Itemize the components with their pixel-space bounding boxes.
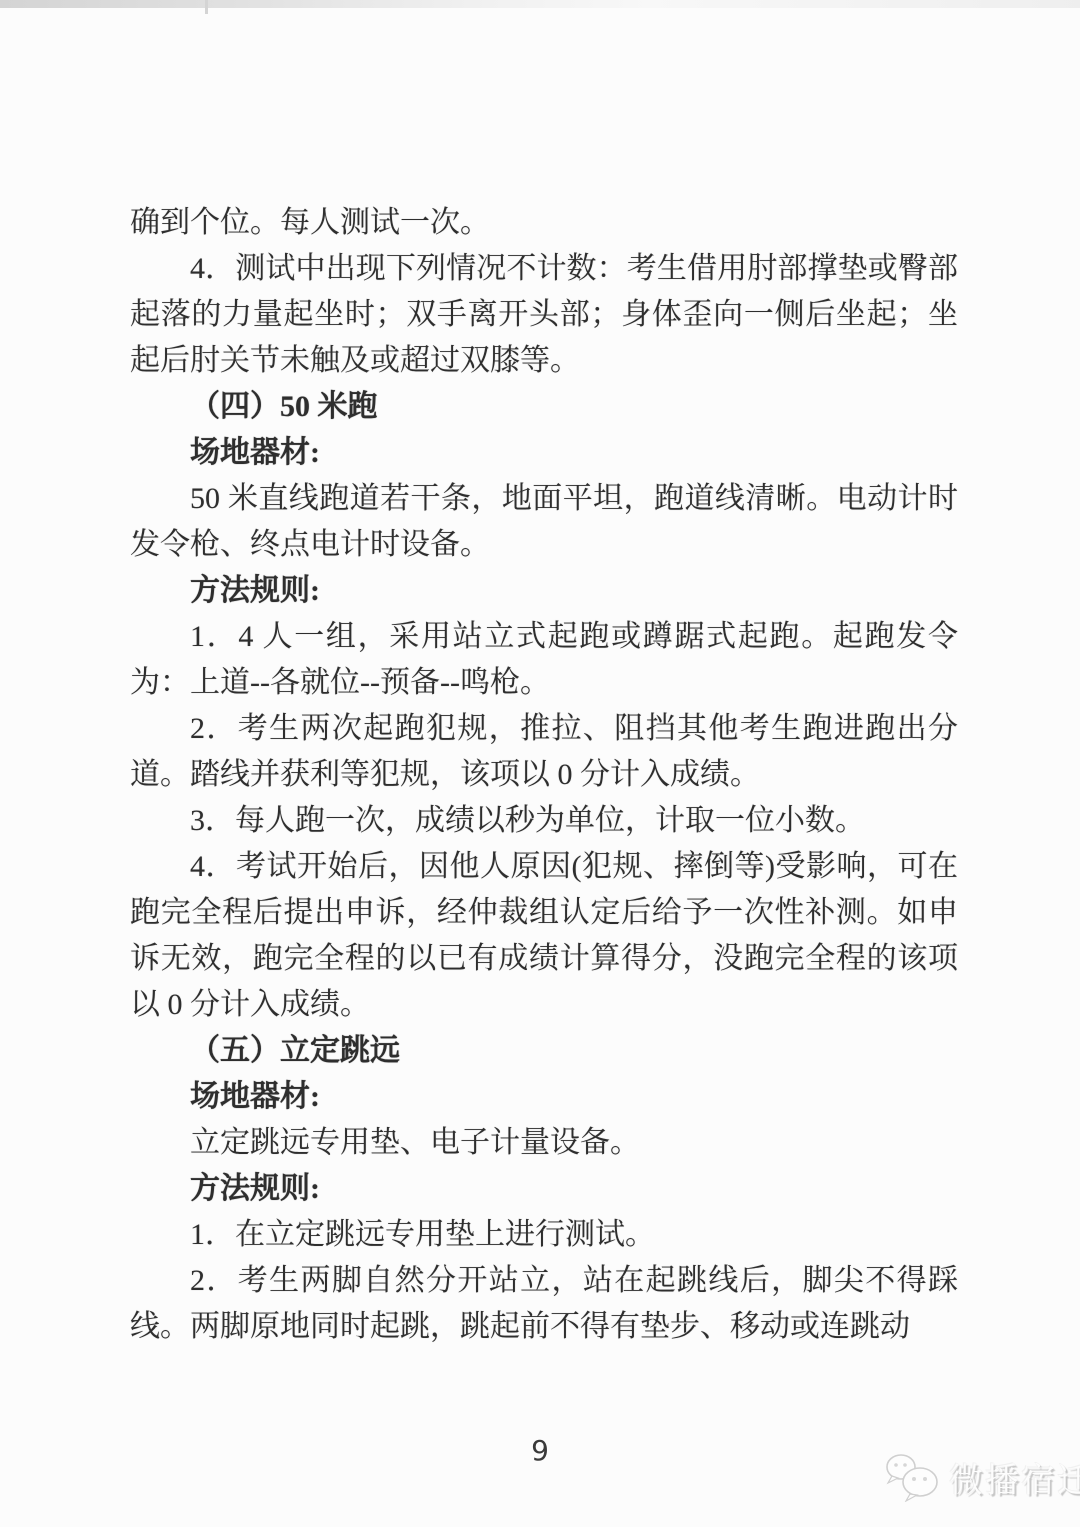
body-paragraph: 1．4 人一组，采用站立式起跑或蹲踞式起跑。起跑发令为：上道--各就位--预备-… (130, 614, 958, 706)
watermark-text: 微播宿迁 (949, 1453, 1080, 1502)
body-paragraph: 50 米直线跑道若干条，地面平坦，跑道线清晰。电动计时发令枪、终点电计时设备。 (130, 476, 958, 568)
heading-paragraph: 场地器材: (130, 1074, 958, 1120)
body-paragraph: 立定跳远专用垫、电子计量设备。 (130, 1120, 958, 1166)
page-number: 9 (531, 1434, 549, 1467)
heading-paragraph: 方法规则: (130, 1166, 958, 1212)
body-paragraph: 2．考生两脚自然分开站立，站在起跳线后，脚尖不得踩线。两脚原地同时起跳，跳起前不… (130, 1258, 958, 1350)
document-page: 确到个位。每人测试一次。4．测试中出现下列情况不计数：考生借用肘部撑垫或臀部起落… (0, 0, 1080, 1527)
body-paragraph: 3．每人跑一次，成绩以秒为单位，计取一位小数。 (130, 798, 958, 844)
chat-bubbles-icon (884, 1452, 942, 1502)
body-paragraph: 4．考试开始后，因他人原因(犯规、摔倒等)受影响，可在跑完全程后提出申诉，经仲裁… (130, 844, 958, 1028)
heading-paragraph: （五）立定跳远 (130, 1028, 958, 1074)
heading-paragraph: 场地器材: (130, 430, 958, 476)
body-paragraph: 确到个位。每人测试一次。 (130, 200, 958, 246)
watermark: 微播宿迁 (884, 1452, 1080, 1502)
body-paragraph: 2．考生两次起跑犯规，推拉、阻挡其他考生跑进跑出分道。踏线并获利等犯规，该项以 … (130, 706, 958, 798)
scan-artifact-tick (205, 0, 208, 14)
scan-artifact-top-band (0, 0, 1080, 8)
document-body: 确到个位。每人测试一次。4．测试中出现下列情况不计数：考生借用肘部撑垫或臀部起落… (130, 200, 958, 1350)
body-paragraph: 4．测试中出现下列情况不计数：考生借用肘部撑垫或臀部起落的力量起坐时；双手离开头… (130, 246, 958, 384)
heading-paragraph: 方法规则: (130, 568, 958, 614)
body-paragraph: 1．在立定跳远专用垫上进行测试。 (130, 1212, 958, 1258)
heading-paragraph: （四）50 米跑 (130, 384, 958, 430)
